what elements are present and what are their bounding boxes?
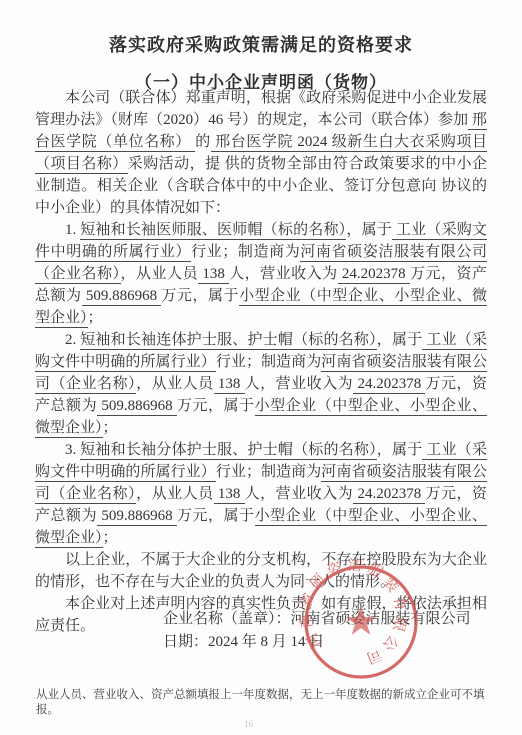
date-line: 日期：2024 年 8 月 14 日 [163,631,471,654]
paragraph: 1. 短袖和长袖医师服、医师帽（标的名称），属于 工业（采购文件中明确的所属行业… [35,219,487,329]
text-segment: 人，营业收入为 [229,266,338,282]
filled-blank: 24.202378 [338,266,410,284]
filled-blank: 短袖和长袖连体护士服、护士帽（标的名称） [80,332,377,350]
filled-blank: 509.886968 [97,398,177,416]
filled-blank: 24.202378 [353,486,425,504]
company-name-line: 企业名称（盖章）：河南省硕姿洁服装有限公司 [163,608,471,631]
document-page: 落实政府采购政策需满足的资格要求 （一）中小企业声明函（货物） 本公司（联合体）… [0,0,522,735]
paragraph: 3. 短袖和长袖分体护士服、护士帽（标的名称），属于 工业（采购文件中明确的所属… [35,439,487,549]
footnote: 从业人员、营业收入、资产总额填报上一年度数据，无上一年度数据的新成立企业可不填报… [36,688,496,718]
text-segment: 人，营业收入为 [245,376,354,392]
text-segment: 万元，属于 [177,508,255,524]
text-segment: 人，营业收入为 [245,486,354,502]
text-segment: ； [103,530,118,546]
text-segment: ； [103,420,118,436]
text-segment: ，属于 [377,332,423,348]
filled-blank: 509.886968 [82,288,162,306]
text-segment: 2. [65,332,80,348]
filled-blank: 138 [214,376,245,394]
text-segment: 万元，属于 [177,398,255,414]
document-title: 落实政府采购政策需满足的资格要求 [0,0,522,57]
text-segment: ，从业人员 [136,486,214,502]
text-segment: 本公司（联合体）郑重声明，根据《政府采购促进中小企业发展管理办法》（财库（202… [35,90,487,128]
paragraph: 2. 短袖和长袖连体护士服、护士帽（标的名称），属于 工业（采购文件中明确的所属… [35,329,487,439]
page-number: 16 [244,719,253,729]
filled-blank: 短袖和长袖分体护士服、护士帽（标的名称） [80,442,377,460]
text-segment: 的 [195,134,211,150]
text-segment: 行业；制造商为 [191,244,300,260]
text-segment: ； [88,310,103,326]
filled-blank: 138 [198,266,229,284]
filled-blank: 24.202378 [353,376,425,394]
text-segment: 以上企业，不属于大企业的分支机构，不存在控股股东为大企业的情形，也不存在与大企业… [35,552,487,590]
text-segment: ，从业人员 [121,266,199,282]
filled-blank: 短袖和长袖医师服、医师帽（标的名称） [80,222,346,240]
text-segment: ，从业人员 [136,376,214,392]
paragraph: 本公司（联合体）郑重声明，根据《政府采购促进中小企业发展管理办法》（财库（202… [35,87,487,219]
paragraph: 以上企业，不属于大企业的分支机构，不存在控股股东为大企业的情形，也不存在与大企业… [35,549,487,593]
text-segment: ，属于 [346,222,392,238]
filled-blank: 138 [214,486,245,504]
signature-block: 企业名称（盖章）：河南省硕姿洁服装有限公司 日期：2024 年 8 月 14 日 [163,608,471,654]
text-segment: 3. [65,442,80,458]
text-segment: 行业；制造商为 [216,354,321,370]
text-segment: 行业；制造商为 [216,464,321,480]
text-segment: ，属于 [377,442,423,458]
text-segment: 万元，属于 [161,288,239,304]
text-segment: 1. [65,222,80,238]
document-body: 本公司（联合体）郑重声明，根据《政府采购促进中小企业发展管理办法》（财库（202… [35,87,487,637]
filled-blank: 509.886968 [97,508,177,526]
